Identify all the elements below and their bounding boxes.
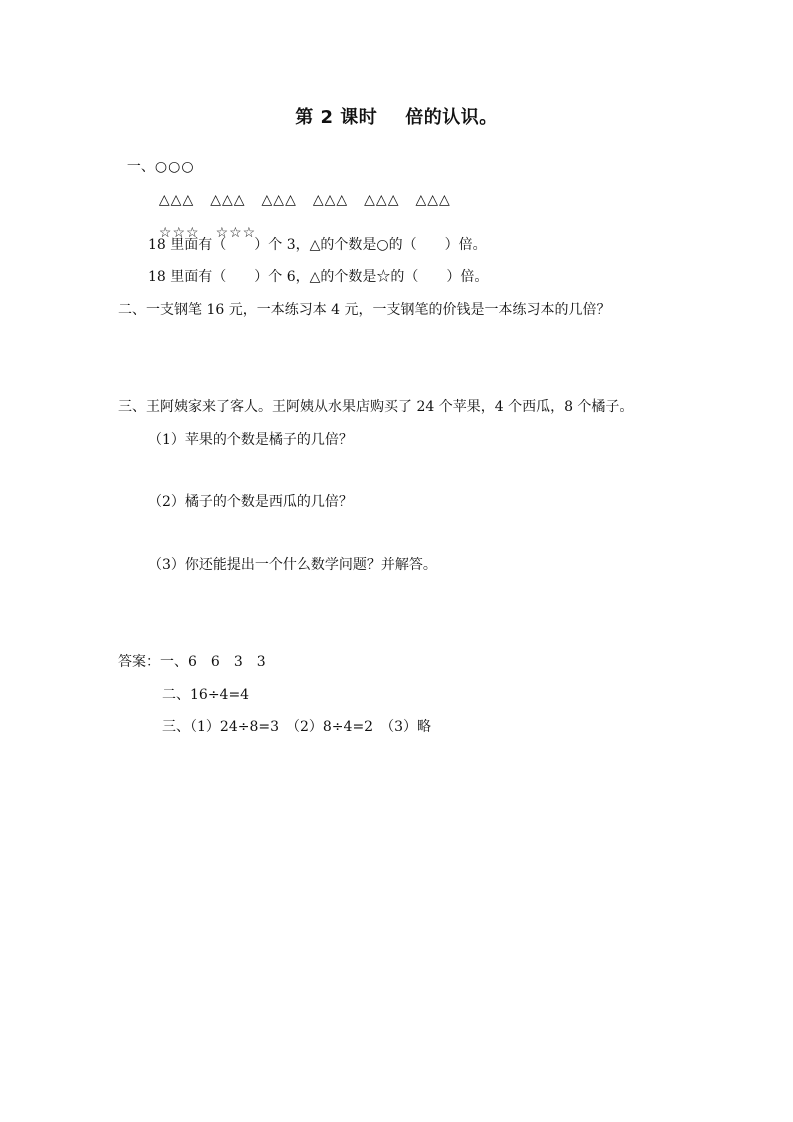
title-topic: 倍的认识。 [405, 107, 498, 128]
q1-line1: 18 里面有（ ）个 3，△的个数是○的（ ）倍。 [148, 235, 487, 255]
triangle-group: △△△ [313, 190, 348, 210]
triangle-group: △△△ [415, 190, 450, 210]
answers-line1: 答案：一、6 6 3 3 [118, 652, 266, 672]
q3-sub1: （1）苹果的个数是橘子的几倍？ [148, 430, 353, 450]
q2-text: 二、一支钢笔 16 元，一本练习本 4 元，一支钢笔的价钱是一本练习本的几倍？ [118, 300, 611, 320]
q3-text: 三、王阿姨家来了客人。王阿姨从水果店购买了 24 个苹果，4 个西瓜，8 个橘子… [118, 397, 633, 417]
q3-sub3: （3）你还能提出一个什么数学问题？并解答。 [148, 555, 437, 575]
triangle-group: △△△ [364, 190, 399, 210]
q3-sub2: （2）橘子的个数是西瓜的几倍？ [148, 492, 353, 512]
q1-line2: 18 里面有（ ）个 6，△的个数是☆的（ ）倍。 [148, 267, 488, 287]
answers-line3: 三、（1）24÷8=3 （2）8÷4=2 （3）略 [162, 717, 431, 737]
title-lesson: 第 2 课时 [295, 107, 377, 128]
answers-line2: 二、16÷4=4 [162, 685, 249, 705]
page-title: 第 2 课时倍的认识。 [0, 103, 793, 129]
